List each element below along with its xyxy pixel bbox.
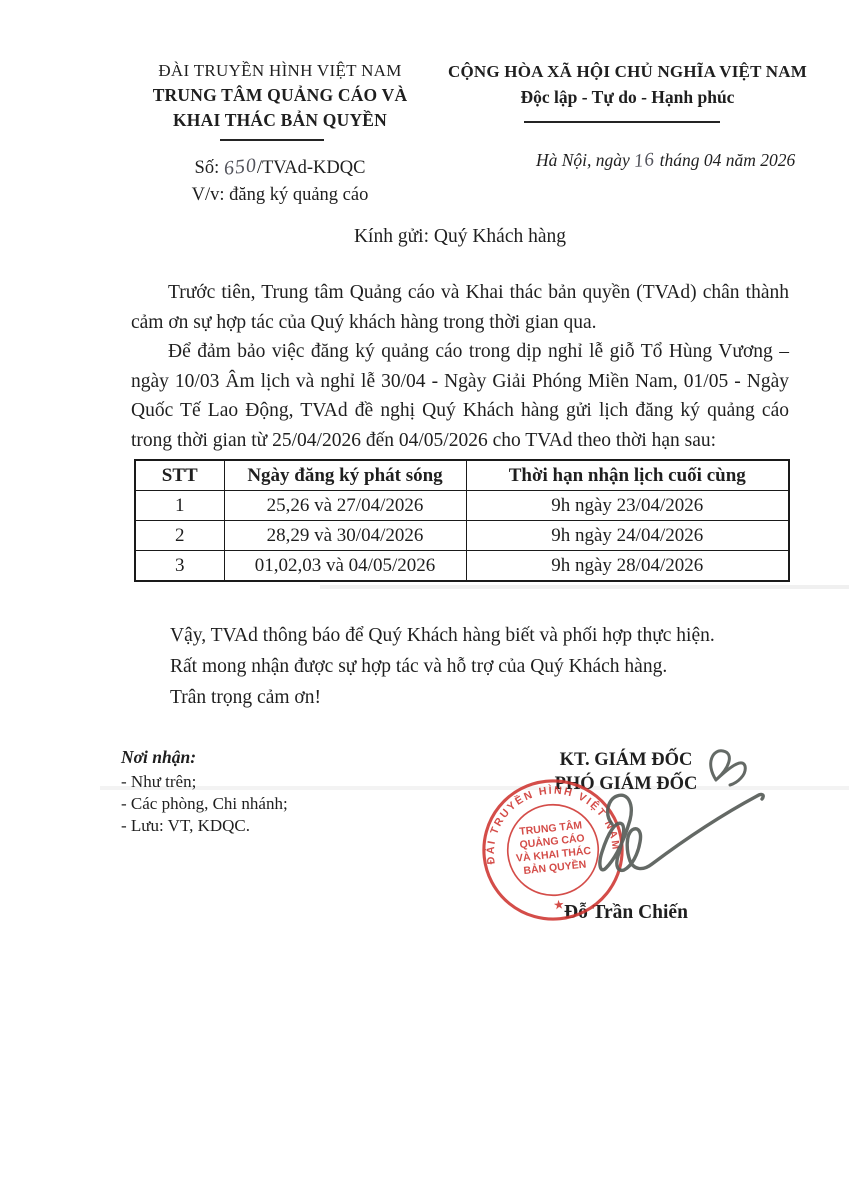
dateline-prefix: Hà Nội, ngày <box>536 150 634 170</box>
table-cell-stt: 3 <box>135 551 224 582</box>
recipients-item: - Như trên; <box>121 771 421 793</box>
body-text: Trước tiên, Trung tâm Quảng cáo và Khai … <box>131 278 789 455</box>
closing-line-2: Rất mong nhận được sự hợp tác và hỗ trợ … <box>131 651 789 682</box>
reference-number-handwritten: 650 <box>223 152 259 182</box>
stamp-star-icon: ★ <box>552 898 565 913</box>
recipients-title: Nơi nhận: <box>121 746 421 768</box>
table-cell-deadline: 9h ngày 23/04/2026 <box>466 491 789 521</box>
table-header-deadline: Thời hạn nhận lịch cuối cùng <box>466 460 789 491</box>
national-header: CỘNG HÒA XÃ HỘI CHỦ NGHĨA VIỆT NAM Độc l… <box>445 62 810 108</box>
reference-number-line: Số: 650/TVAd-KDQC <box>125 154 435 182</box>
table-header-broadcast-date: Ngày đăng ký phát sóng <box>224 460 466 491</box>
table-cell-deadline: 9h ngày 28/04/2026 <box>466 551 789 582</box>
reference-suffix: /TVAd-KDQC <box>257 158 366 178</box>
reference-block: Số: 650/TVAd-KDQC V/v: đăng ký quảng cáo <box>125 154 435 209</box>
recipients-item: - Lưu: VT, KDQC. <box>121 815 421 837</box>
org-parent-name: ĐÀI TRUYỀN HÌNH VIỆT NAM <box>125 58 435 83</box>
national-header-underline <box>524 121 720 123</box>
subject-line: V/v: đăng ký quảng cáo <box>125 182 435 209</box>
scan-streak <box>320 585 849 589</box>
recipients-block: Nơi nhận: - Như trên; - Các phòng, Chi n… <box>121 746 421 837</box>
body-paragraph-2: Để đảm bảo việc đăng ký quảng cáo trong … <box>131 337 789 455</box>
national-line2: Độc lập - Tự do - Hạnh phúc <box>445 87 810 108</box>
table-row: 1 25,26 và 27/04/2026 9h ngày 23/04/2026 <box>135 491 789 521</box>
salutation: Kính gửi: Quý Khách hàng <box>131 226 789 248</box>
table-cell-broadcast-date: 28,29 và 30/04/2026 <box>224 521 466 551</box>
table-row: 3 01,02,03 và 04/05/2026 9h ngày 28/04/2… <box>135 551 789 582</box>
table-header-row: STT Ngày đăng ký phát sóng Thời hạn nhận… <box>135 460 789 491</box>
table-cell-stt: 2 <box>135 521 224 551</box>
body-paragraph-1: Trước tiên, Trung tâm Quảng cáo và Khai … <box>131 278 789 337</box>
dateline: Hà Nội, ngày 16 tháng 04 năm 2026 <box>536 150 795 172</box>
table-cell-broadcast-date: 01,02,03 và 04/05/2026 <box>224 551 466 582</box>
national-line1: CỘNG HÒA XÃ HỘI CHỦ NGHĨA VIỆT NAM <box>445 62 810 82</box>
org-header-underline <box>220 139 324 141</box>
reference-label: Số: <box>195 158 224 178</box>
signature-title-1: KT. GIÁM ĐỐC <box>476 748 776 772</box>
table-row: 2 28,29 và 30/04/2026 9h ngày 24/04/2026 <box>135 521 789 551</box>
closing-text: Vậy, TVAd thông báo để Quý Khách hàng bi… <box>131 620 789 713</box>
schedule-table: STT Ngày đăng ký phát sóng Thời hạn nhận… <box>134 459 790 582</box>
official-stamp: ĐÀI TRUYỀN HÌNH VIỆT NAM TRUNG TÂM QUẢNG… <box>473 770 633 930</box>
org-name-line2: KHAI THÁC BẢN QUYỀN <box>125 108 435 133</box>
table-cell-stt: 1 <box>135 491 224 521</box>
closing-line-3: Trân trọng cảm ơn! <box>131 682 789 713</box>
table-cell-broadcast-date: 25,26 và 27/04/2026 <box>224 491 466 521</box>
table-cell-deadline: 9h ngày 24/04/2026 <box>466 521 789 551</box>
org-name-line1: TRUNG TÂM QUẢNG CÁO VÀ <box>125 83 435 108</box>
dateline-suffix: tháng 04 năm 2026 <box>655 150 795 170</box>
recipients-item: - Các phòng, Chi nhánh; <box>121 793 421 815</box>
dateline-day-handwritten: 16 <box>633 149 656 173</box>
closing-line-1: Vậy, TVAd thông báo để Quý Khách hàng bi… <box>131 620 789 651</box>
org-header: ĐÀI TRUYỀN HÌNH VIỆT NAM TRUNG TÂM QUẢNG… <box>125 58 435 133</box>
table-header-stt: STT <box>135 460 224 491</box>
